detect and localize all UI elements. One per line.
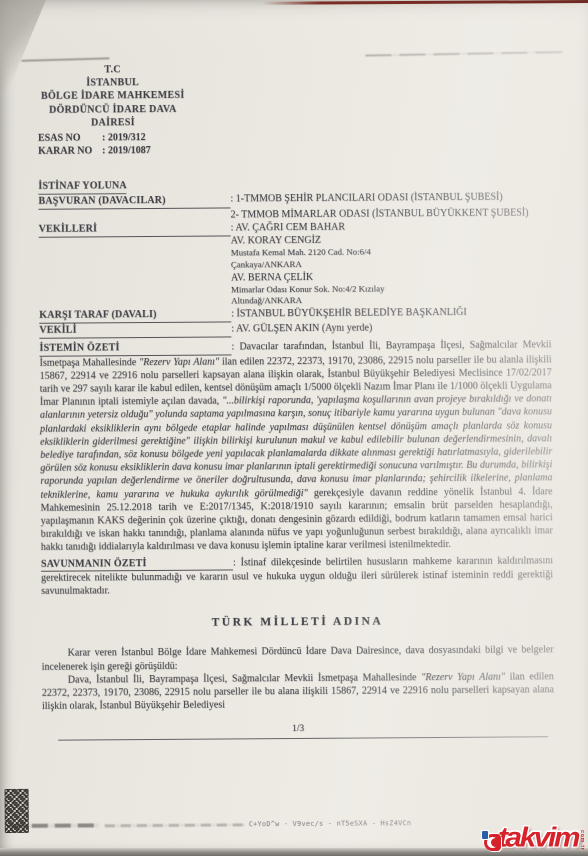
defense-summary-label: SAVUNMANIN ÖZETİ	[41, 556, 233, 572]
defendant-attorney-row: VEKİLİ : AV. GÜLŞEN AKIN (Aynı yerde)	[39, 320, 551, 339]
attorneys-row: VEKİLLERİ : AV. ÇAĞRI CEM BAHAR AV. KORA…	[39, 219, 552, 309]
attorneys-label: VEKİLLERİ	[39, 221, 231, 238]
decision-paragraph-2: Dava, İstanbul İli, Bayrampaşa İlçesi, S…	[42, 670, 554, 713]
court-header: T.C İSTANBUL BÖLGE İDARE MAHKEMESİ DÖRDÜ…	[37, 63, 187, 130]
footer-illegible-text-dark	[9, 823, 99, 828]
decision-p2-seg1: Dava, İstanbul İli, Bayrampaşa İlçesi, S…	[68, 672, 421, 685]
applicant-1: : 1-TMMOB ŞEHİR PLANCILARI ODASI (İSTANB…	[230, 190, 550, 205]
applicants-label: İSTİNAF YOLUNA BAŞVURAN (DAVACILAR)	[38, 179, 230, 210]
request-summary-label: İSTEMİN ÖZETİ	[39, 341, 231, 357]
takvim-logo-watermark: takvim com.tr	[484, 821, 585, 855]
applicants-label-line2: BAŞVURAN (DAVACILAR)	[38, 193, 230, 210]
header-tc: T.C	[37, 63, 187, 77]
header-chamber: DÖRDÜNCÜ İDARE DAVA DAİRESİ	[38, 102, 188, 129]
defendant-attorney-label: VEKİLİ	[39, 323, 231, 340]
defendant-label: KARŞI TARAF (DAVALI)	[39, 307, 231, 324]
parties-section: İSTİNAF YOLUNA BAŞVURAN (DAVACILAR) : 1-…	[38, 177, 551, 340]
defense-summary-paragraph: SAVUNMANIN ÖZETİ: İstinaf dilekçesinde b…	[41, 554, 553, 598]
case-numbers: ESAS NO: 2019/312 KARAR NO: 2019/1087	[38, 128, 550, 158]
decision-paragraph-1: Karar veren İstanbul Bölge İdare Mahkeme…	[42, 644, 554, 674]
request-summary-seg2: "Rezerv Yapı Alanı"	[139, 356, 219, 368]
in-the-name-of-turkish-nation-heading: TÜRK MİLLETİ ADINA	[41, 614, 553, 631]
attorneys-value: : AV. ÇAĞRI CEM BAHAR AV. KORAY CENGİZ M…	[231, 219, 552, 307]
decision-p2-seg2: "Rezerv Yapı Alanı"	[421, 671, 505, 683]
request-summary-seg4: "...bilirkişi raporunda, 'yapılaşma koşu…	[40, 393, 553, 500]
takvim-logo-blue-fleck	[482, 831, 488, 839]
karar-no-row: KARAR NO: 2019/1087	[38, 141, 550, 158]
takvim-logo-text: takvim	[498, 822, 578, 853]
applicants-label-line1: İSTİNAF YOLUNA	[38, 180, 127, 195]
applicants-row: İSTİNAF YOLUNA BAŞVURAN (DAVACILAR) : 1-…	[38, 177, 550, 223]
karar-no-value: : 2019/1087	[102, 145, 151, 156]
scanned-court-document: T.C İSTANBUL BÖLGE İDARE MAHKEMESİ DÖRDÜ…	[0, 0, 588, 856]
defendant-attorney-value: : AV. GÜLŞEN AKIN (Aynı yerde)	[231, 320, 551, 335]
takvim-logo-domain-suffix: com.tr	[579, 830, 585, 850]
esas-no-value: : 2019/312	[102, 132, 146, 143]
karar-no-label: KARAR NO	[38, 145, 102, 159]
defendant-value: : İSTANBUL BÜYÜKŞEHİR BELEDİYE BAŞKANLIĞ…	[231, 305, 551, 320]
document-content: T.C İSTANBUL BÖLGE İDARE MAHKEMESİ DÖRDÜ…	[0, 0, 588, 851]
takvim-logo-emblem-icon	[484, 834, 501, 851]
header-city: İSTANBUL	[38, 76, 188, 90]
applicants-value: : 1-TMMOB ŞEHİR PLANCILARI ODASI (İSTANB…	[230, 190, 550, 222]
request-summary-paragraph: İSTEMİN ÖZETİ: Davacılar tarafından, İst…	[39, 339, 552, 555]
paper-sheet: T.C İSTANBUL BÖLGE İDARE MAHKEMESİ DÖRDÜ…	[0, 0, 588, 849]
esas-no-label: ESAS NO	[38, 131, 102, 145]
header-court: BÖLGE İDARE MAHKEMESİ	[38, 89, 188, 103]
